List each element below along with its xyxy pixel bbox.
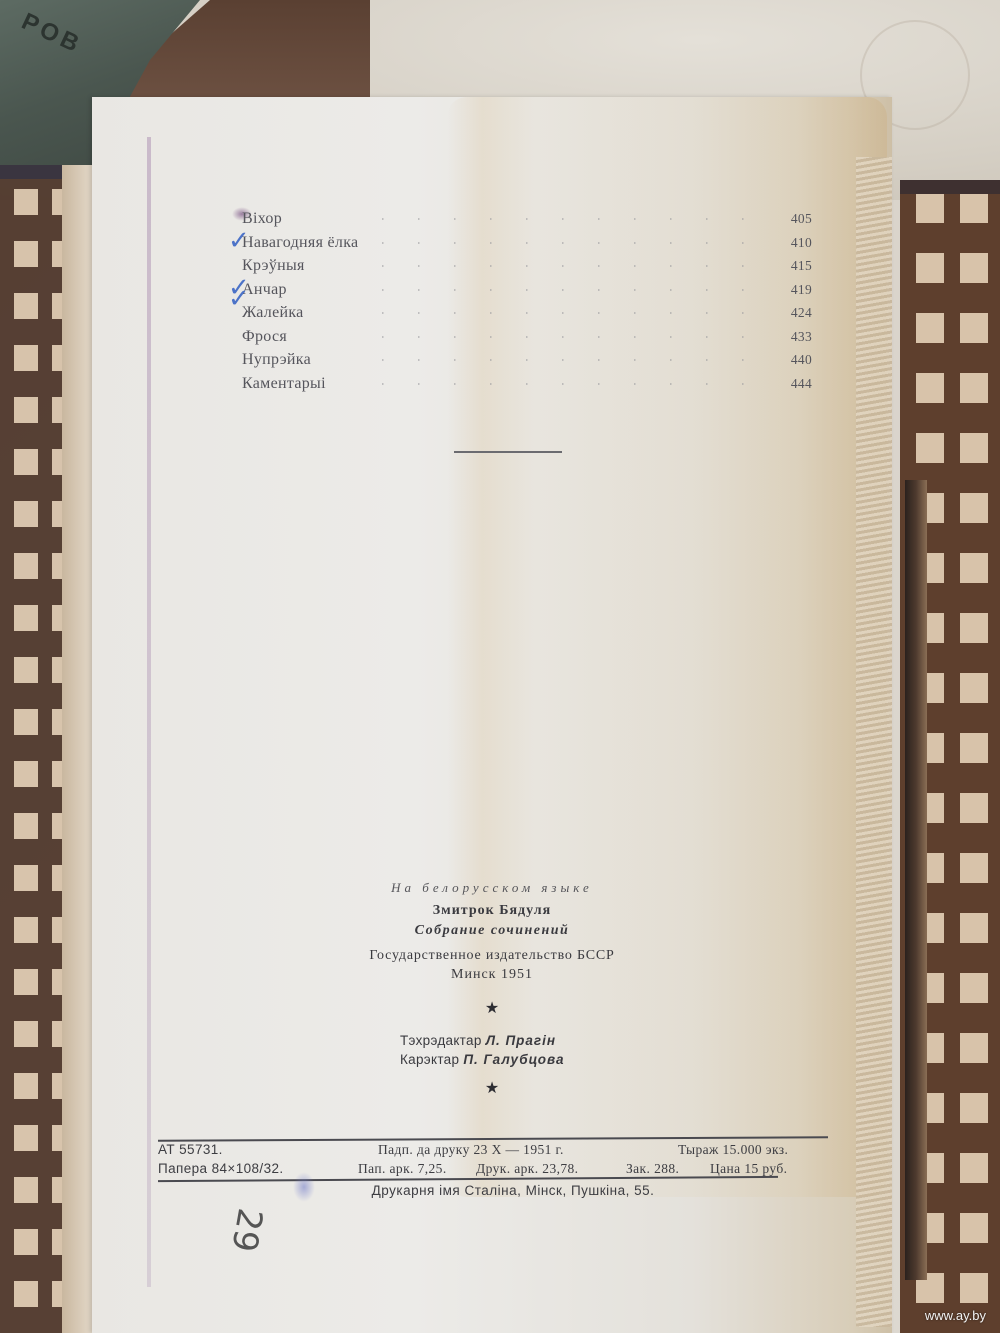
toc-entry-page: 419 xyxy=(791,278,812,302)
toc-entry-title: Каментарыі xyxy=(242,372,326,396)
toc-entry: Крэўныя 415 xyxy=(242,254,812,278)
signed-to-print: Падп. да друку 23 X — 1951 г. xyxy=(378,1142,564,1158)
toc-entry-title: Навагодняя ёлка xyxy=(242,231,358,255)
toc-entry-page: 440 xyxy=(791,348,812,372)
imprint-row-2: Папера 84×108/32. Пап. арк. 7,25. Друк. … xyxy=(158,1159,828,1178)
toc-entry-title: Жалейка xyxy=(242,301,304,325)
toc-entry: Віхор 405 xyxy=(242,207,812,231)
print-sheets: Друк. арк. 23,78. xyxy=(476,1161,578,1177)
proofreader-credit: Карэктар П. Галубцова xyxy=(292,1050,692,1069)
price: Цана 15 руб. xyxy=(710,1161,787,1177)
tech-editor-label: Тэхрэдактар xyxy=(400,1033,482,1048)
imprint-block: АТ 55731. Падп. да друку 23 X — 1951 г. … xyxy=(158,1138,828,1201)
toc-entry: ✓ Анчар 419 xyxy=(242,278,812,302)
paper-sheets: Пап. арк. 7,25. xyxy=(358,1161,447,1177)
toc-entry: Фрося 433 xyxy=(242,325,812,349)
publication-code: АТ 55731. xyxy=(158,1142,223,1157)
publisher: Государственное издательство БССР xyxy=(292,943,692,965)
toc-entry: ✓ Навагодняя ёлка 410 xyxy=(242,231,812,255)
right-book-spine xyxy=(905,480,927,1280)
toc-entry-page: 410 xyxy=(791,231,812,255)
leader-dots xyxy=(382,265,762,267)
order-number: Зак. 288. xyxy=(626,1161,679,1177)
table-of-contents: Віхор 405 ✓ Навагодняя ёлка 410 Крэўныя … xyxy=(242,207,812,395)
book-title: Собрание сочинений xyxy=(292,921,692,943)
leader-dots xyxy=(382,218,762,220)
author-name: Змитрок Бядуля xyxy=(292,899,692,921)
leader-dots xyxy=(382,242,762,244)
toc-entry-title: Фрося xyxy=(242,325,287,349)
toc-entry-page: 405 xyxy=(791,207,812,231)
paper-format: Папера 84×108/32. xyxy=(158,1161,284,1176)
section-divider xyxy=(454,451,562,453)
left-book-page-edge xyxy=(62,165,92,1333)
star-icon: ★ xyxy=(292,993,692,1023)
toc-entry-page: 415 xyxy=(791,254,812,278)
toc-entry-page: 433 xyxy=(791,325,812,349)
leader-dots xyxy=(382,383,762,385)
tech-editor-name: Л. Прагін xyxy=(486,1033,556,1048)
city-year: Минск 1951 xyxy=(292,965,692,987)
toc-entry: ✓ Жалейка 424 xyxy=(242,301,812,325)
colophon: На белорусском языке Змитрок Бядуля Собр… xyxy=(292,877,692,1103)
toc-entry-title: Нупрэйка xyxy=(242,348,311,372)
handwritten-number: 29 xyxy=(223,1205,270,1255)
leader-dots xyxy=(382,359,762,361)
tech-editor-credit: Тэхрэдактар Л. Прагін xyxy=(292,1031,692,1050)
blue-ink-smudge xyxy=(293,1172,315,1202)
print-run: Тыраж 15.000 экз. xyxy=(678,1142,788,1158)
site-watermark: www.ay.by xyxy=(925,1308,986,1323)
star-icon: ★ xyxy=(292,1073,692,1103)
imprint-row-1: АТ 55731. Падп. да друку 23 X — 1951 г. … xyxy=(158,1140,828,1159)
right-book-top-edge xyxy=(900,180,1000,194)
proofreader-name: П. Галубцова xyxy=(463,1052,564,1067)
frayed-spine-edge xyxy=(856,157,892,1327)
leader-dots xyxy=(382,312,762,314)
toc-entry: Нупрэйка 440 xyxy=(242,348,812,372)
proofreader-label: Карэктар xyxy=(400,1052,459,1067)
book-page: Віхор 405 ✓ Навагодняя ёлка 410 Крэўныя … xyxy=(92,97,892,1333)
toc-entry-page: 444 xyxy=(791,372,812,396)
toc-entry: Каментарыі 444 xyxy=(242,372,812,396)
leader-dots xyxy=(382,336,762,338)
toc-entry-page: 424 xyxy=(791,301,812,325)
cover-title-fragment: РОВ xyxy=(17,8,87,60)
leader-dots xyxy=(382,289,762,291)
language-note: На белорусском языке xyxy=(292,877,692,899)
margin-mark xyxy=(147,137,151,1287)
printer-address: Друкарня імя Сталіна, Мінск, Пушкіна, 55… xyxy=(158,1179,828,1201)
toc-entry-title: Крэўныя xyxy=(242,254,305,278)
